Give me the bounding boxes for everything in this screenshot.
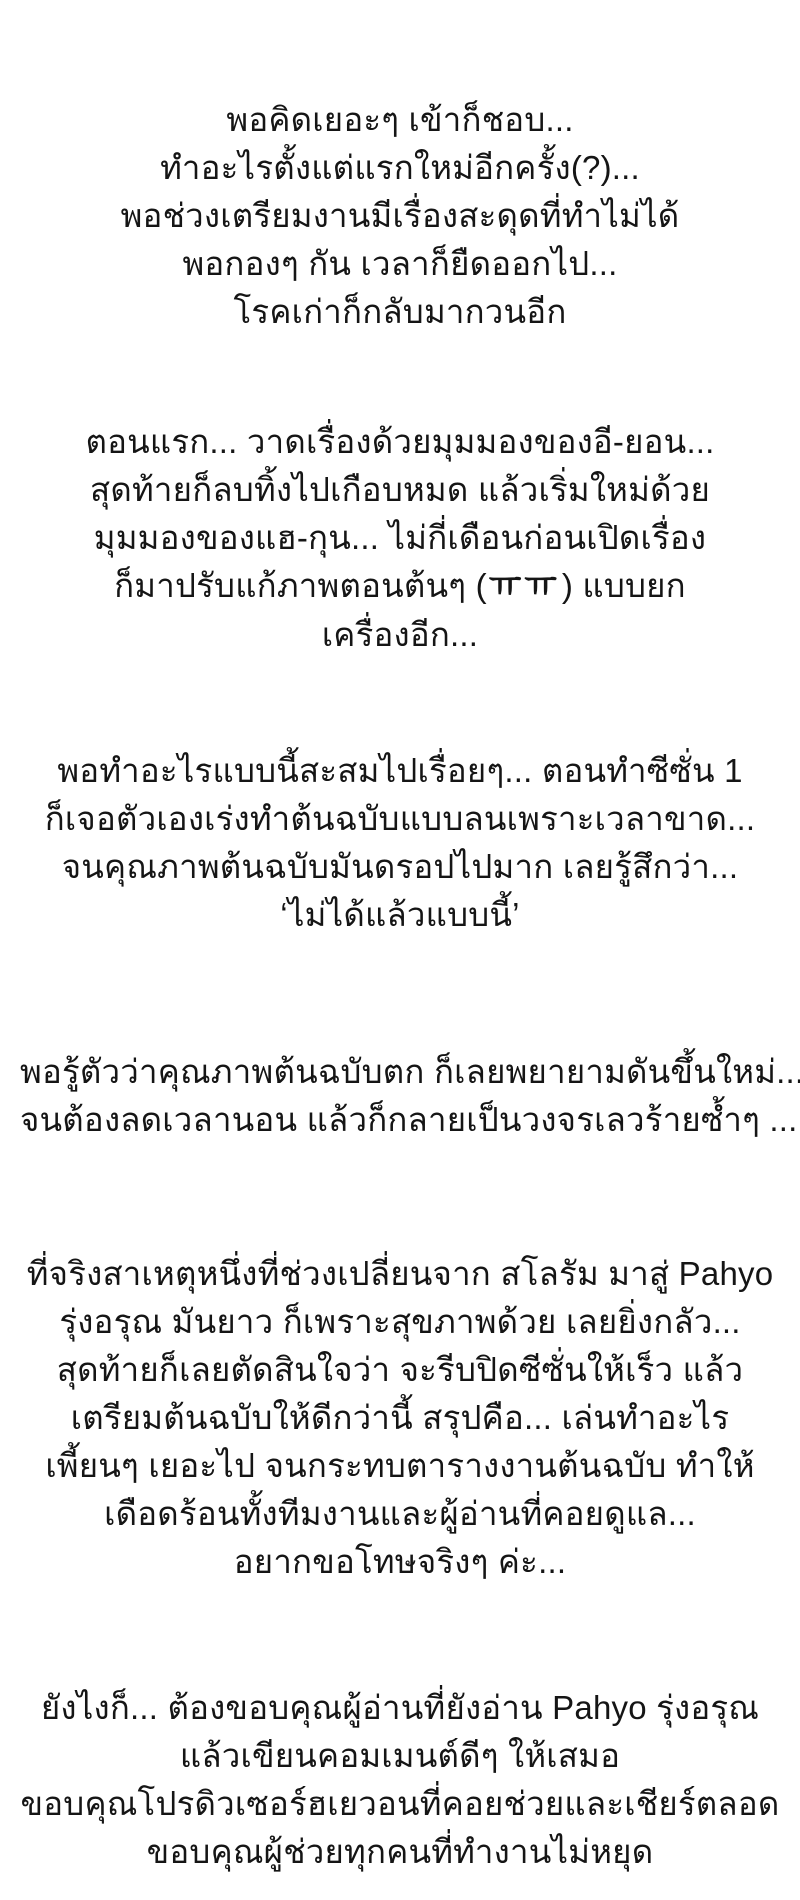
- text-line: พอทำอะไรแบบนี้สะสมไปเรื่อยๆ... ตอนทำซีซั…: [20, 747, 780, 795]
- paragraph-2: ตอนแรก... วาดเรื่องด้วยมุมมองของอี-ยอน..…: [0, 418, 800, 659]
- text-line: พอกองๆ กัน เวลาก็ยืดออกไป...: [20, 240, 780, 288]
- text-line: ตอนแรก... วาดเรื่องด้วยมุมมองของอี-ยอน..…: [20, 418, 780, 466]
- text-line: ขอบคุณผู้ช่วยทุกคนที่ทำงานไม่หยุด: [20, 1828, 780, 1876]
- text-line: ก็เจอตัวเองเร่งทำต้นฉบับแบบลนเพราะเวลาขา…: [20, 795, 780, 843]
- text-line: เครื่องอีก...: [20, 611, 780, 659]
- text-line: ‘ไม่ได้แล้วแบบนี้’: [20, 891, 780, 939]
- text-line: แล้วเขียนคอมเมนต์ดีๆ ให้เสมอ: [20, 1732, 780, 1780]
- text-segment: ) แบบยก: [562, 567, 686, 604]
- text-line: สุดท้ายก็ลบทิ้งไปเกือบหมด แล้วเริ่มใหม่ด…: [20, 466, 780, 514]
- paragraph-1: พอคิดเยอะๆ เข้าก็ชอบ... ทำอะไรตั้งแต่แรก…: [0, 96, 800, 336]
- text-line: เตรียมต้นฉบับให้ดีกว่านี้ สรุปคือ... เล่…: [20, 1394, 780, 1442]
- text-line: เพี้ยนๆ เยอะไป จนกระทบตารางงานต้นฉบับ ทำ…: [20, 1442, 780, 1490]
- text-line: มุมมองของแฮ-กุน... ไม่กี่เดือนก่อนเปิดเร…: [20, 514, 780, 562]
- author-note-page: พอคิดเยอะๆ เข้าก็ชอบ... ทำอะไรตั้งแต่แรก…: [0, 0, 800, 1900]
- text-line: อยากขอโทษจริงๆ ค่ะ...: [20, 1538, 780, 1586]
- paragraph-4: พอรู้ตัวว่าคุณภาพต้นฉบับตก ก็เลยพยายามดั…: [0, 1048, 800, 1144]
- author-note-text: พอคิดเยอะๆ เข้าก็ชอบ... ทำอะไรตั้งแต่แรก…: [0, 0, 800, 1876]
- text-line-with-emoticon: ก็มาปรับแก้ภาพตอนต้นๆ (ㅠㅠ) แบบยก: [20, 562, 780, 611]
- text-line: สุดท้ายก็เลยตัดสินใจว่า จะรีบปิดซีซั่นให…: [20, 1346, 780, 1394]
- text-line: ขอบคุณโปรดิวเซอร์ฮเยวอนที่คอยช่วยและเชีย…: [20, 1780, 780, 1828]
- text-line: พอคิดเยอะๆ เข้าก็ชอบ...: [20, 96, 780, 144]
- paragraph-3: พอทำอะไรแบบนี้สะสมไปเรื่อยๆ... ตอนทำซีซั…: [0, 747, 800, 939]
- text-segment: ก็มาปรับแก้ภาพตอนต้นๆ (: [114, 567, 487, 604]
- text-line: ยังไงก็... ต้องขอบคุณผู้อ่านที่ยังอ่าน P…: [20, 1684, 780, 1732]
- text-line: จนต้องลดเวลานอน แล้วก็กลายเป็นวงจรเลวร้า…: [20, 1096, 780, 1144]
- text-line: ที่จริงสาเหตุหนึ่งที่ช่วงเปลี่ยนจาก สโลร…: [20, 1250, 780, 1298]
- crying-emoticon: ㅠㅠ: [487, 568, 562, 605]
- text-line: รุ่งอรุณ มันยาว ก็เพราะสุขภาพด้วย เลยยิ่…: [20, 1298, 780, 1346]
- text-line: เดือดร้อนทั้งทีมงานและผู้อ่านที่คอยดูแล.…: [20, 1490, 780, 1538]
- text-line: โรคเก่าก็กลับมากวนอีก: [20, 288, 780, 336]
- paragraph-6: ยังไงก็... ต้องขอบคุณผู้อ่านที่ยังอ่าน P…: [0, 1684, 800, 1876]
- paragraph-5: ที่จริงสาเหตุหนึ่งที่ช่วงเปลี่ยนจาก สโลร…: [0, 1250, 800, 1586]
- text-line: พอรู้ตัวว่าคุณภาพต้นฉบับตก ก็เลยพยายามดั…: [20, 1048, 780, 1096]
- text-line: ทำอะไรตั้งแต่แรกใหม่อีกครั้ง(?)...: [20, 144, 780, 192]
- text-line: พอช่วงเตรียมงานมีเรื่องสะดุดที่ทำไม่ได้: [20, 192, 780, 240]
- text-line: จนคุณภาพต้นฉบับมันดรอปไปมาก เลยรู้สึกว่า…: [20, 843, 780, 891]
